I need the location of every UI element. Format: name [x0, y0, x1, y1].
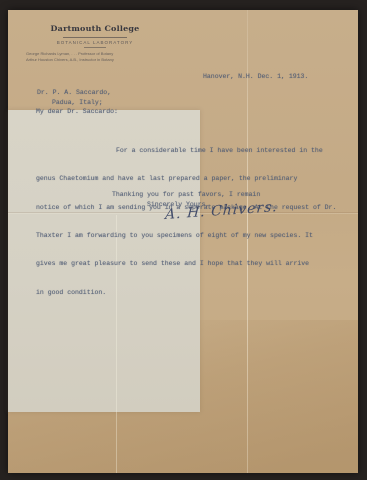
letterhead-college-name: Dartmouth College: [51, 23, 140, 33]
letterhead: Dartmouth College BOTANICAL LABORATORY G…: [20, 18, 170, 62]
closing-line: Thanking you for past favors, I remain: [112, 190, 260, 199]
recipient-address-line: Padua, Italy;: [52, 98, 103, 107]
letterhead-rule: [63, 37, 127, 38]
letterhead-divider: [84, 47, 106, 48]
letterhead-department: BOTANICAL LABORATORY: [20, 40, 170, 45]
salutation-line: My dear Dr. Saccardo:: [36, 107, 118, 116]
dateline: Hanover, N.H. Dec. 1, 1913.: [203, 72, 308, 81]
body-line: For a considerable time I have been inte…: [36, 146, 351, 155]
body-line: Thaxter I am forwarding to you specimens…: [36, 231, 351, 240]
body-line: gives me great pleasure to send these an…: [36, 259, 351, 268]
scanned-letter-view: { "palette": { "background": "#262220", …: [0, 0, 367, 480]
letter-paper: Dartmouth College BOTANICAL LABORATORY G…: [8, 10, 358, 473]
letterhead-staff-line-2: Arthur Houston Chivers, A.B., Instructor…: [20, 57, 170, 63]
letter-body: For a considerable time I have been inte…: [36, 127, 351, 316]
body-line: in good condition.: [36, 288, 351, 297]
body-line: genus Chaetomium and have at last prepar…: [36, 174, 351, 183]
recipient-name-line: Dr. P. A. Saccardo,: [37, 88, 111, 97]
